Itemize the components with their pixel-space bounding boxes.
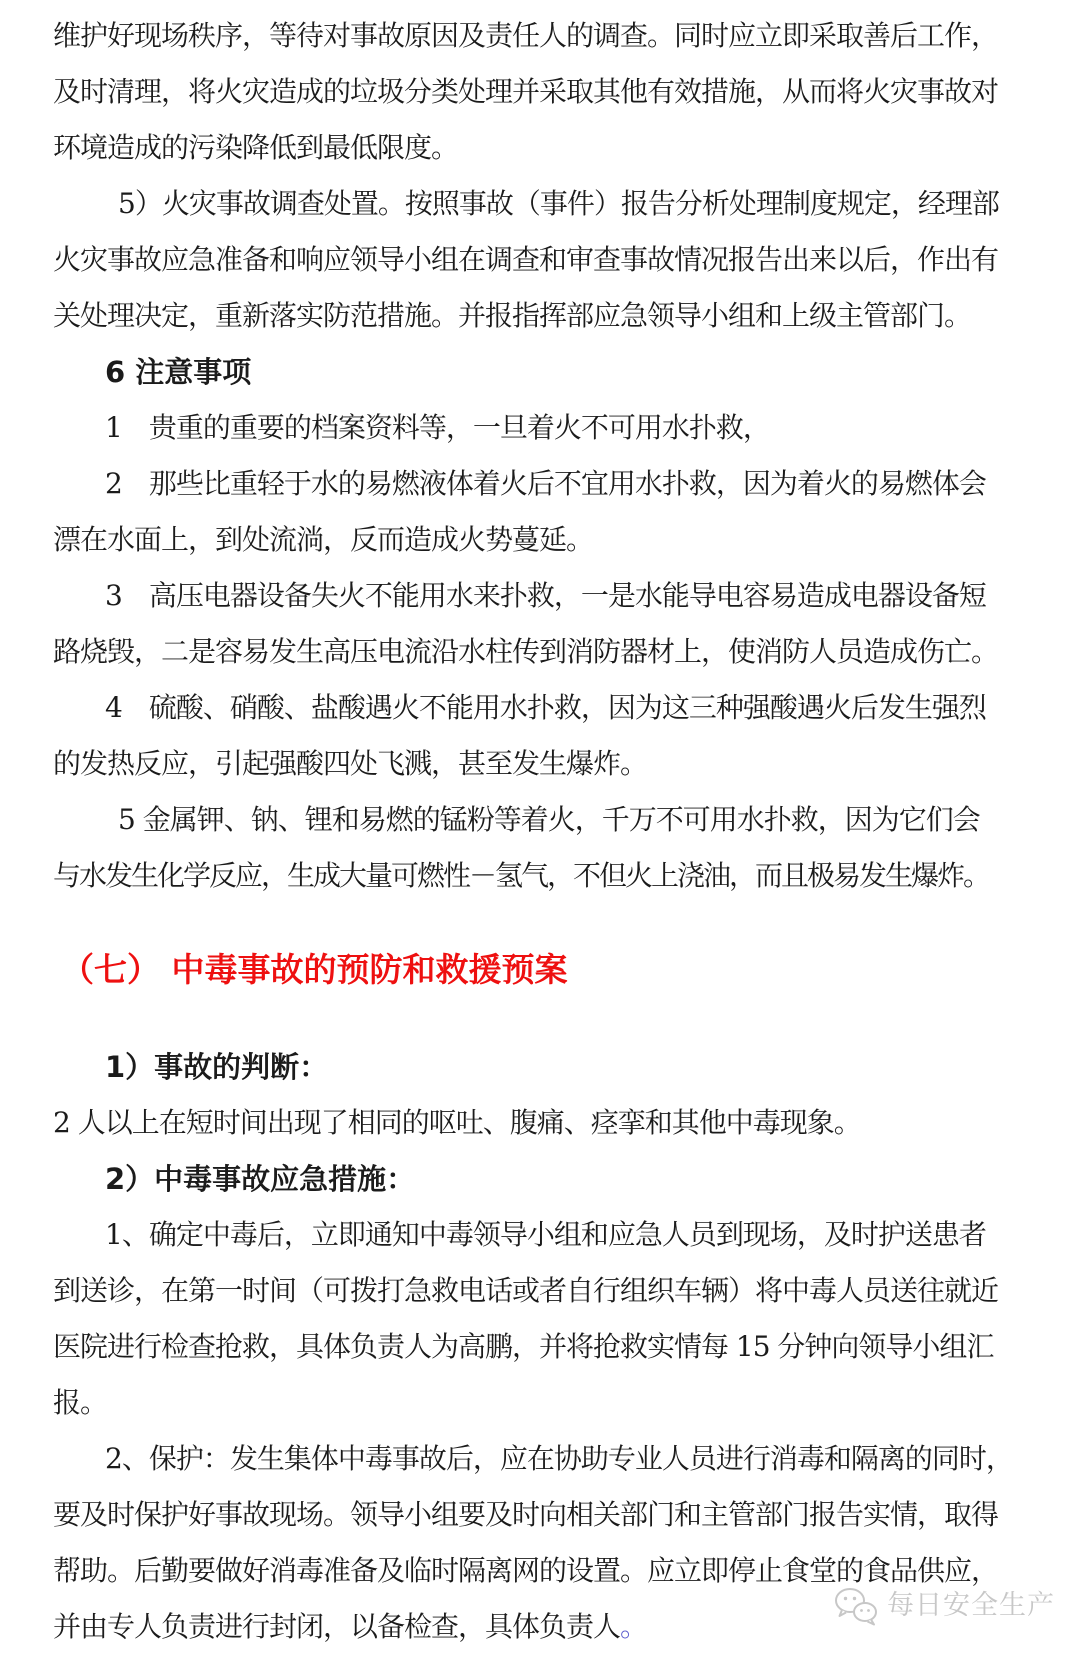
note-item-1: 1 贵重的重要的档案资料等，一旦着火不可用水扑救， (53, 400, 1043, 456)
text-line: 要及时保护好事故现场。领导小组要及时向相关部门和主管部门报告实情，取得 (53, 1487, 1043, 1543)
text-line: 的发热反应，引起强酸四处飞溅，甚至发生爆炸。 (53, 736, 1043, 792)
watermark-label: 每日安全生产 (887, 1586, 1055, 1626)
measure-item-2: 2、保护：发生集体中毒事故后，应在协助专业人员进行消毒和隔离的同时， (53, 1431, 1043, 1487)
note-item-4: 4 硫酸、硝酸、盐酸遇火不能用水扑救，因为这三种强酸遇火后发生强烈 (53, 680, 1043, 736)
measure-item-1: 1、确定中毒后，立即通知中毒领导小组和应急人员到现场，及时护送患者 (53, 1207, 1043, 1263)
judgment-subheading: 1）事故的判断： (53, 1039, 1043, 1095)
poisoning-section-heading: （七） 中毒事故的预防和救援预案 (53, 935, 1043, 1005)
blue-period: 。 (620, 1610, 647, 1643)
document-page: 维护好现场秩序，等待对事故原因及责任人的调查。同时应立即采取善后工作， 及时清理… (0, 0, 1080, 1656)
final-line-text: 并由专人负责进行封闭，以备检查，具体负责人 (53, 1610, 620, 1643)
text-line: 及时清理，将火灾造成的垃圾分类处理并采取其他有效措施，从而将火灾事故对 (53, 64, 1043, 120)
text-line: 报。 (53, 1375, 1043, 1431)
emergency-measures-subheading: 2）中毒事故应急措施： (53, 1151, 1043, 1207)
document-body: 维护好现场秩序，等待对事故原因及责任人的调查。同时应立即采取善后工作， 及时清理… (53, 8, 1043, 1655)
text-line: 与水发生化学反应，生成大量可燃性－氢气，不但火上浇油，而且极易发生爆炸。 (53, 848, 1043, 904)
text-line: 火灾事故应急准备和响应领导小组在调查和审查事故情况报告出来以后，作出有 (53, 232, 1043, 288)
wechat-logo-icon (833, 1586, 879, 1626)
text-line: 路烧毁，二是容易发生高压电流沿水柱传到消防器材上，使消防人员造成伤亡。 (53, 624, 1043, 680)
text-line: 到送诊，在第一时间（可拨打急救电话或者自行组织车辆）将中毒人员送往就近 (53, 1263, 1043, 1319)
text-line: 2 人以上在短时间出现了相同的呕吐、腹痛、痉挛和其他中毒现象。 (53, 1095, 1043, 1151)
text-line: 环境造成的污染降低到最低限度。 (53, 120, 1043, 176)
text-line: 漂在水面上，到处流淌，反而造成火势蔓延。 (53, 512, 1043, 568)
note-item-5: 5 金属钾、钠、锂和易燃的锰粉等着火，千万不可用水扑救，因为它们会 (53, 792, 1043, 848)
text-line: 医院进行检查抢救，具体负责人为高鹏，并将抢救实情每 15 分钟向领导小组汇 (53, 1319, 1043, 1375)
notes-section-heading: 6 注意事项 (53, 344, 1043, 400)
text-line: 维护好现场秩序，等待对事故原因及责任人的调查。同时应立即采取善后工作， (53, 8, 1043, 64)
note-item-3: 3 高压电器设备失火不能用水来扑救，一是水能导电容易造成电器设备短 (53, 568, 1043, 624)
text-line: 关处理决定，重新落实防范措施。并报指挥部应急领导小组和上级主管部门。 (53, 288, 1043, 344)
text-line-item-5-fire-investigation: 5）火灾事故调查处置。按照事故（事件）报告分析处理制度规定，经理部 (53, 176, 1043, 232)
note-item-2: 2 那些比重轻于水的易燃液体着火后不宜用水扑救，因为着火的易燃体会 (53, 456, 1043, 512)
watermark: 每日安全生产 (833, 1586, 1055, 1626)
